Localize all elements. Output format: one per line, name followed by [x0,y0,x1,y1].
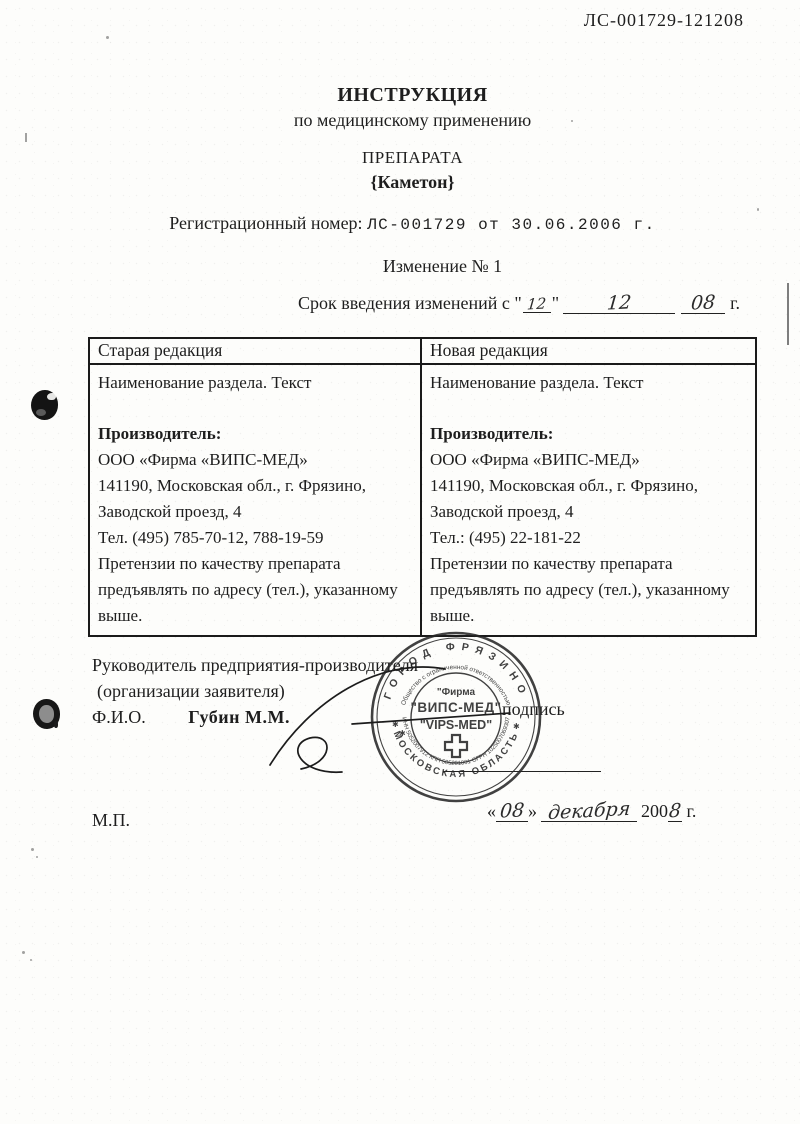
column-header-new: Новая редакция [421,338,756,364]
new-manufacturer-label: Производитель: [430,421,745,447]
document-subtitle: по медицинскому применению [25,110,800,131]
column-header-old: Старая редакция [89,338,421,364]
scan-speck [36,856,38,858]
handwritten-year: 08 [690,293,716,313]
date-century: 200 [641,801,668,821]
scan-speck [757,208,759,211]
handwritten-month: 12 [606,293,632,313]
new-company-name: ООО «Фирма «ВИПС-МЕД» [430,447,745,473]
effective-date-line: Срок введения изменений с "12"1208г. [298,293,740,314]
handwritten-signature [255,645,525,785]
old-phone: Тел. (495) 785-70-12, 788-19-59 [98,525,410,551]
old-claims-text: Претензии по качеству препарата предъявл… [98,551,410,629]
scan-speck [30,959,32,961]
signature-stroke-loop [298,737,342,772]
open-quote: " [514,293,521,313]
mp-seal-label: М.П. [92,810,130,831]
new-address-line2: Заводской проезд, 4 [430,499,745,525]
date-open-quote: « [487,801,496,821]
scan-speck [571,120,573,122]
scan-speck [22,951,25,954]
handwritten-date-month: декабря [547,800,631,823]
date-close-quote: » [528,801,537,821]
effective-year-blank: 08 [681,294,725,314]
preparation-name: {Каметон} [25,172,800,193]
effective-day-blank: 12 [523,294,551,313]
effective-date-label: Срок введения изменений с [298,293,510,313]
scan-artifact-ring [33,699,60,729]
scan-speck [31,848,34,851]
date-day-blank: 08 [496,802,528,822]
date-suffix: г. [687,801,697,821]
table-body-row: Наименование раздела. Текст Производител… [89,364,756,636]
signature-stroke-main [270,667,445,765]
redaction-comparison-table: Старая редакция Новая редакция Наименова… [88,337,757,637]
document-title: ИНСТРУКЦИЯ [25,84,800,107]
registration-label: Регистрационный номер: [169,213,362,233]
scanned-document-page: ЛС-001729-121208 ИНСТРУКЦИЯ по медицинск… [0,0,800,1124]
handwritten-date-year: 8 [668,802,682,822]
new-claims-text: Претензии по качеству препарата предъявл… [430,551,745,629]
old-address-line2: Заводской проезд, 4 [98,499,410,525]
new-section-title: Наименование раздела. Текст [430,370,745,396]
document-code: ЛС-001729-121208 [584,10,744,31]
date-year-blank: 8 [668,802,682,822]
preparation-label: ПРЕПАРАТА [25,148,800,168]
registration-line: Регистрационный номер: ЛС-001729 от 30.0… [25,213,800,234]
title-block: ИНСТРУКЦИЯ по медицинскому применению ПР… [25,84,800,193]
signature-stroke-line [352,713,510,724]
date-month-blank: декабря [541,802,637,822]
fio-label: Ф.И.О. [92,707,146,727]
close-quote: " [552,293,559,313]
year-suffix: г. [730,293,740,313]
old-address-line1: 141190, Московская обл., г. Фрязино, [98,473,410,499]
new-address-line1: 141190, Московская обл., г. Фрязино, [430,473,745,499]
registration-value: ЛС-001729 от 30.06.2006 г. [367,216,656,234]
scan-speck [106,36,109,39]
old-section-title: Наименование раздела. Текст [98,370,410,396]
effective-month-blank: 12 [563,294,675,314]
old-company-name: ООО «Фирма «ВИПС-МЕД» [98,447,410,473]
new-redaction-cell: Наименование раздела. Текст Производител… [421,364,756,636]
handwritten-date-day: 08 [499,801,525,821]
handwritten-day: 12 [527,296,547,312]
new-phone: Тел.: (495) 22-181-22 [430,525,745,551]
table-header-row: Старая редакция Новая редакция [89,338,756,364]
scan-artifact-blob [31,390,58,420]
scan-dash-mark [25,133,27,142]
amendment-line: Изменение № 1 [55,256,800,277]
scan-edge-line [787,283,789,345]
old-redaction-cell: Наименование раздела. Текст Производител… [89,364,421,636]
date-line: «08»декабря2008 г. [487,801,696,822]
old-manufacturer-label: Производитель: [98,421,410,447]
